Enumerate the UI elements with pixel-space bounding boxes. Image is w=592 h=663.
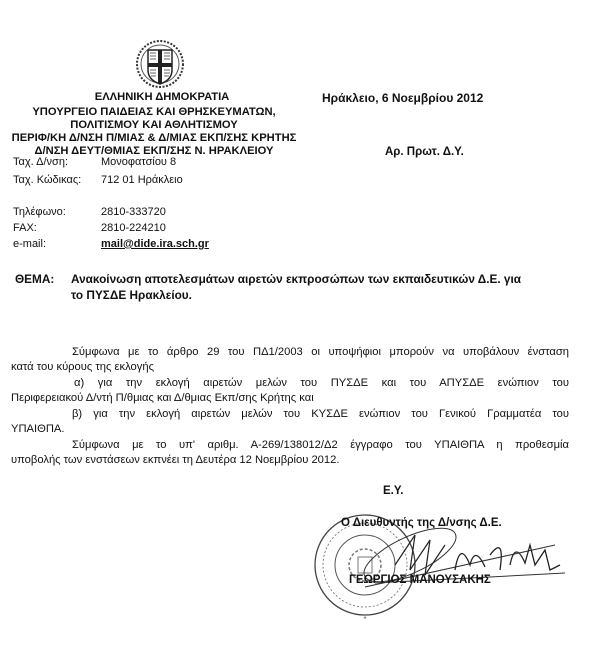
- paragraph-2-line-1: Σύμφωνα με το υπ' αριθμ. Α-269/138012/Δ2…: [72, 439, 569, 451]
- email-label: e-mail:: [13, 238, 46, 250]
- subject-line-2: το ΠΥΣΔΕ Ηρακλείου.: [71, 288, 192, 302]
- protocol-number: Αρ. Πρωτ. Δ.Υ.: [385, 146, 464, 158]
- address-value: Μονοφατσίου 8: [101, 156, 176, 168]
- place-date: Ηράκλειο, 6 Νοεμβρίου 2012: [322, 91, 483, 105]
- ministry-line-2: ΠΟΛΙΤΙΣΜΟΥ ΚΑΙ ΑΘΛΗΤΙΣΜΟΥ: [4, 119, 304, 131]
- item-a-line-1: α) για την εκλογή αιρετών μελών του ΠΥΣΔ…: [74, 377, 569, 389]
- republic-heading: ΕΛΛΗΝΙΚΗ ΔΗΜΟΚΡΑΤΙΑ: [92, 91, 232, 103]
- postcode-label: Ταχ. Κώδικας:: [13, 174, 81, 186]
- phone-label: Τηλέφωνο:: [13, 206, 66, 218]
- regional-directorate: ΠΕΡΙΦ/ΚΗ Δ/ΝΣΗ Π/ΜΙΑΣ & Δ/ΜΙΑΣ ΕΚΠ/ΣΗΣ Κ…: [4, 132, 304, 144]
- item-b-line-2: ΥΠΑΙΘΠΑ.: [11, 423, 521, 435]
- ministry-line-1: ΥΠΟΥΡΓΕΙΟ ΠΑΙΔΕΙΑΣ ΚΑΙ ΘΡΗΣΚΕΥΜΑΤΩΝ,: [4, 106, 304, 118]
- paragraph-1-line-1: Σύμφωνα με το άρθρο 29 του ΠΔ1/2003 οι υ…: [72, 346, 569, 358]
- item-b-line-1: β) για την εκλογή αιρετών μελών του ΚΥΣΔ…: [72, 408, 569, 420]
- address-label: Ταχ. Δ/νση:: [13, 156, 68, 168]
- email-link[interactable]: mail@dide.ira.sch.gr: [101, 238, 209, 250]
- paragraph-1-line-2: κατά του κύρους της εκλογής: [11, 361, 521, 373]
- fax-label: FAX:: [13, 222, 37, 234]
- postcode-value: 712 01 Ηράκλειο: [101, 174, 183, 186]
- handwritten-signature-icon: [355, 525, 575, 600]
- svg-text:*: *: [363, 615, 366, 624]
- signature-title: Ο Διευθυντής της Δ/νσης Δ.Ε.: [341, 517, 502, 529]
- signature-order: Ε.Υ.: [383, 485, 403, 497]
- subject-line-1: Ανακοίνωση αποτελεσμάτων αιρετών εκπροσώ…: [71, 272, 521, 286]
- fax-value: 2810-224210: [101, 222, 166, 234]
- item-a-line-2: Περιφερειακού Δ/ντή Π/θμιας και Δ/θμιας …: [11, 392, 521, 404]
- greek-coat-of-arms-icon: [134, 38, 186, 90]
- signatory-name: ΓΕΩΡΓΙΟΣ ΜΑΝΟΥΣΑΚΗΣ: [349, 574, 491, 586]
- subject-label: ΘΕΜΑ:: [15, 272, 54, 286]
- paragraph-2-line-2: υποβολής των ενστάσεων εκπνέει τη Δευτέρ…: [11, 454, 521, 466]
- phone-value: 2810-333720: [101, 206, 166, 218]
